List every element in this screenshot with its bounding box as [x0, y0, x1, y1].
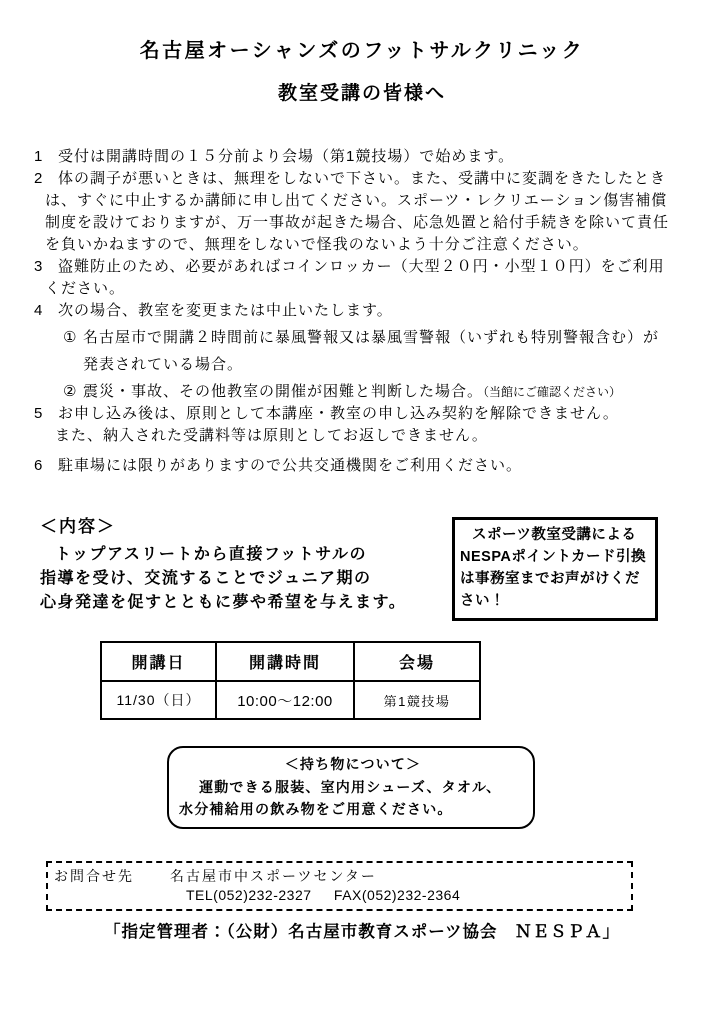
note-subline-2: ② 震災・事故、その他教室の開催が困難と判断した場合。（当館にご確認ください） [63, 381, 688, 403]
item-text: 駐車場には限りがありますので公共交通機関をご利用ください。 [58, 455, 522, 477]
contact-box: お問合せ先 名古屋市中スポーツセンター TEL(052)232-2327 FAX… [46, 861, 633, 911]
item-text: 体の調子が悪いときは、無理をしないで下さい。また、受講中に変調をきたしたとき [58, 168, 666, 190]
content-paragraph-line: 指導を受け、交流することでジュニア期の [40, 567, 430, 591]
col-header-time: 開講時間 [216, 642, 354, 681]
nespa-notice-line: NESPAポイントカード引換 [460, 546, 650, 568]
contact-label: お問合せ先 [54, 867, 134, 886]
item-number: 6 [34, 455, 58, 477]
nespa-notice-line: は事務室までお声がけくだ [460, 568, 650, 590]
note-line-2b: は、すぐに中止するか講師に申し出てください。スポーツ・レクリエーション傷害補償 [34, 190, 688, 212]
notes-list: 1 受付は開講時間の１５分前より会場（第1競技場）で始めます。 2 体の調子が悪… [34, 146, 688, 477]
item-number: 2 [34, 168, 58, 190]
contact-fax: FAX(052)232-2364 [334, 887, 460, 903]
schedule-header-row: 開講日 開講時間 会場 [101, 642, 480, 681]
schedule-table: 開講日 開講時間 会場 11/30（日） 10:00～12:00 第1競技場 [100, 641, 481, 720]
nespa-notice-line: さい！ [460, 590, 650, 612]
item-number: 4 [34, 300, 58, 322]
note-line-1: 1 受付は開講時間の１５分前より会場（第1競技場）で始めます。 [34, 146, 688, 168]
note-line-2: 2 体の調子が悪いときは、無理をしないで下さい。また、受講中に変調をきたしたとき [34, 168, 688, 190]
cell-time: 10:00～12:00 [216, 681, 354, 719]
note-line-6: 6 駐車場には限りがありますので公共交通機関をご利用ください。 [34, 455, 688, 477]
belongings-line: 水分補給用の飲み物をご用意ください。 [179, 798, 527, 821]
belongings-line: 運動できる服装、室内用シューズ、タオル、 [179, 776, 527, 799]
content-paragraph-line: トップアスリートから直接フットサルの [40, 543, 430, 567]
item-text: 受付は開講時間の１５分前より会場（第1競技場）で始めます。 [58, 146, 514, 168]
item-text-note: （当館にご確認ください） [483, 385, 621, 399]
content-description: ＜内容＞ トップアスリートから直接フットサルの 指導を受け、交流することでジュニ… [40, 515, 430, 615]
item-text: 震災・事故、その他教室の開催が困難と判断した場合。（当館にご確認ください） [83, 381, 621, 403]
note-line-3: 3 盗難防止のため、必要があればコインロッカー（大型２０円・小型１０円）をご利用 [34, 256, 688, 278]
note-subline-1: ① 名古屋市で開講２時間前に暴風警報又は暴風雪警報（いずれも特別警報含む）が [63, 327, 688, 349]
note-line-2c: 制度を設けておりますが、万一事故が起きた場合、応急処置と給付手続きを除いて責任 [34, 212, 688, 234]
footer-designated-manager: 「指定管理者：（公財）名古屋市教育スポーツ協会 ＮＥＳＰＡ」 [0, 921, 724, 944]
col-header-venue: 会場 [354, 642, 480, 681]
item-number: 3 [34, 256, 58, 278]
note-line-3b: ください。 [34, 278, 688, 300]
content-paragraph: トップアスリートから直接フットサルの 指導を受け、交流することでジュニア期の 心… [40, 543, 430, 615]
page-title: 名古屋オーシャンズのフットサルクリニック [0, 40, 724, 62]
page-subtitle: 教室受講の皆様へ [0, 83, 724, 105]
item-text: お申し込み後は、原則として本講座・教室の申し込み契約を解除できません。 [58, 403, 619, 425]
content-paragraph-line: 心身発達を促すとともに夢や希望を与えます。 [40, 591, 430, 615]
note-line-5: 5 お申し込み後は、原則として本講座・教室の申し込み契約を解除できません。 [34, 403, 688, 425]
nespa-notice-box: スポーツ教室受講による NESPAポイントカード引換 は事務室までお声がけくだ … [452, 517, 658, 621]
nespa-notice-line: スポーツ教室受講による [460, 524, 650, 546]
item-text: 次の場合、教室を変更または中止いたします。 [58, 300, 393, 322]
col-header-date: 開講日 [101, 642, 216, 681]
item-text: 名古屋市で開講２時間前に暴風警報又は暴風雪警報（いずれも特別警報含む）が [83, 327, 659, 349]
document-page: 名古屋オーシャンズのフットサルクリニック 教室受講の皆様へ 1 受付は開講時間の… [0, 0, 724, 1024]
contact-line: TEL(052)232-2327 FAX(052)232-2364 [54, 886, 625, 905]
contact-line: お問合せ先 名古屋市中スポーツセンター [54, 867, 625, 886]
note-line-2d: を負いかねますので、無理をしないで怪我のないよう十分ご注意ください。 [34, 234, 688, 256]
content-heading: ＜内容＞ [40, 515, 430, 539]
item-number: 5 [34, 403, 58, 425]
item-text-main: 震災・事故、その他教室の開催が困難と判断した場合。 [83, 383, 483, 400]
belongings-box: ＜持ち物について＞ 運動できる服装、室内用シューズ、タオル、 水分補給用の飲み物… [167, 746, 535, 829]
item-number: 1 [34, 146, 58, 168]
note-subline-1b: 発表されている場合。 [34, 354, 688, 376]
content-section: ＜内容＞ トップアスリートから直接フットサルの 指導を受け、交流することでジュニ… [40, 515, 658, 621]
contact-center-name: 名古屋市中スポーツセンター [170, 867, 377, 886]
circled-number: ② [63, 381, 83, 403]
circled-number: ① [63, 327, 83, 349]
contact-tel: TEL(052)232-2327 [186, 887, 312, 903]
cell-venue: 第1競技場 [354, 681, 480, 719]
schedule-data-row: 11/30（日） 10:00～12:00 第1競技場 [101, 681, 480, 719]
belongings-title: ＜持ち物について＞ [179, 753, 527, 776]
note-line-5b: また、納入された受講料等は原則としてお返しできません。 [34, 425, 688, 447]
item-text: 盗難防止のため、必要があればコインロッカー（大型２０円・小型１０円）をご利用 [58, 256, 665, 278]
note-line-4: 4 次の場合、教室を変更または中止いたします。 [34, 300, 688, 322]
cell-date: 11/30（日） [101, 681, 216, 719]
